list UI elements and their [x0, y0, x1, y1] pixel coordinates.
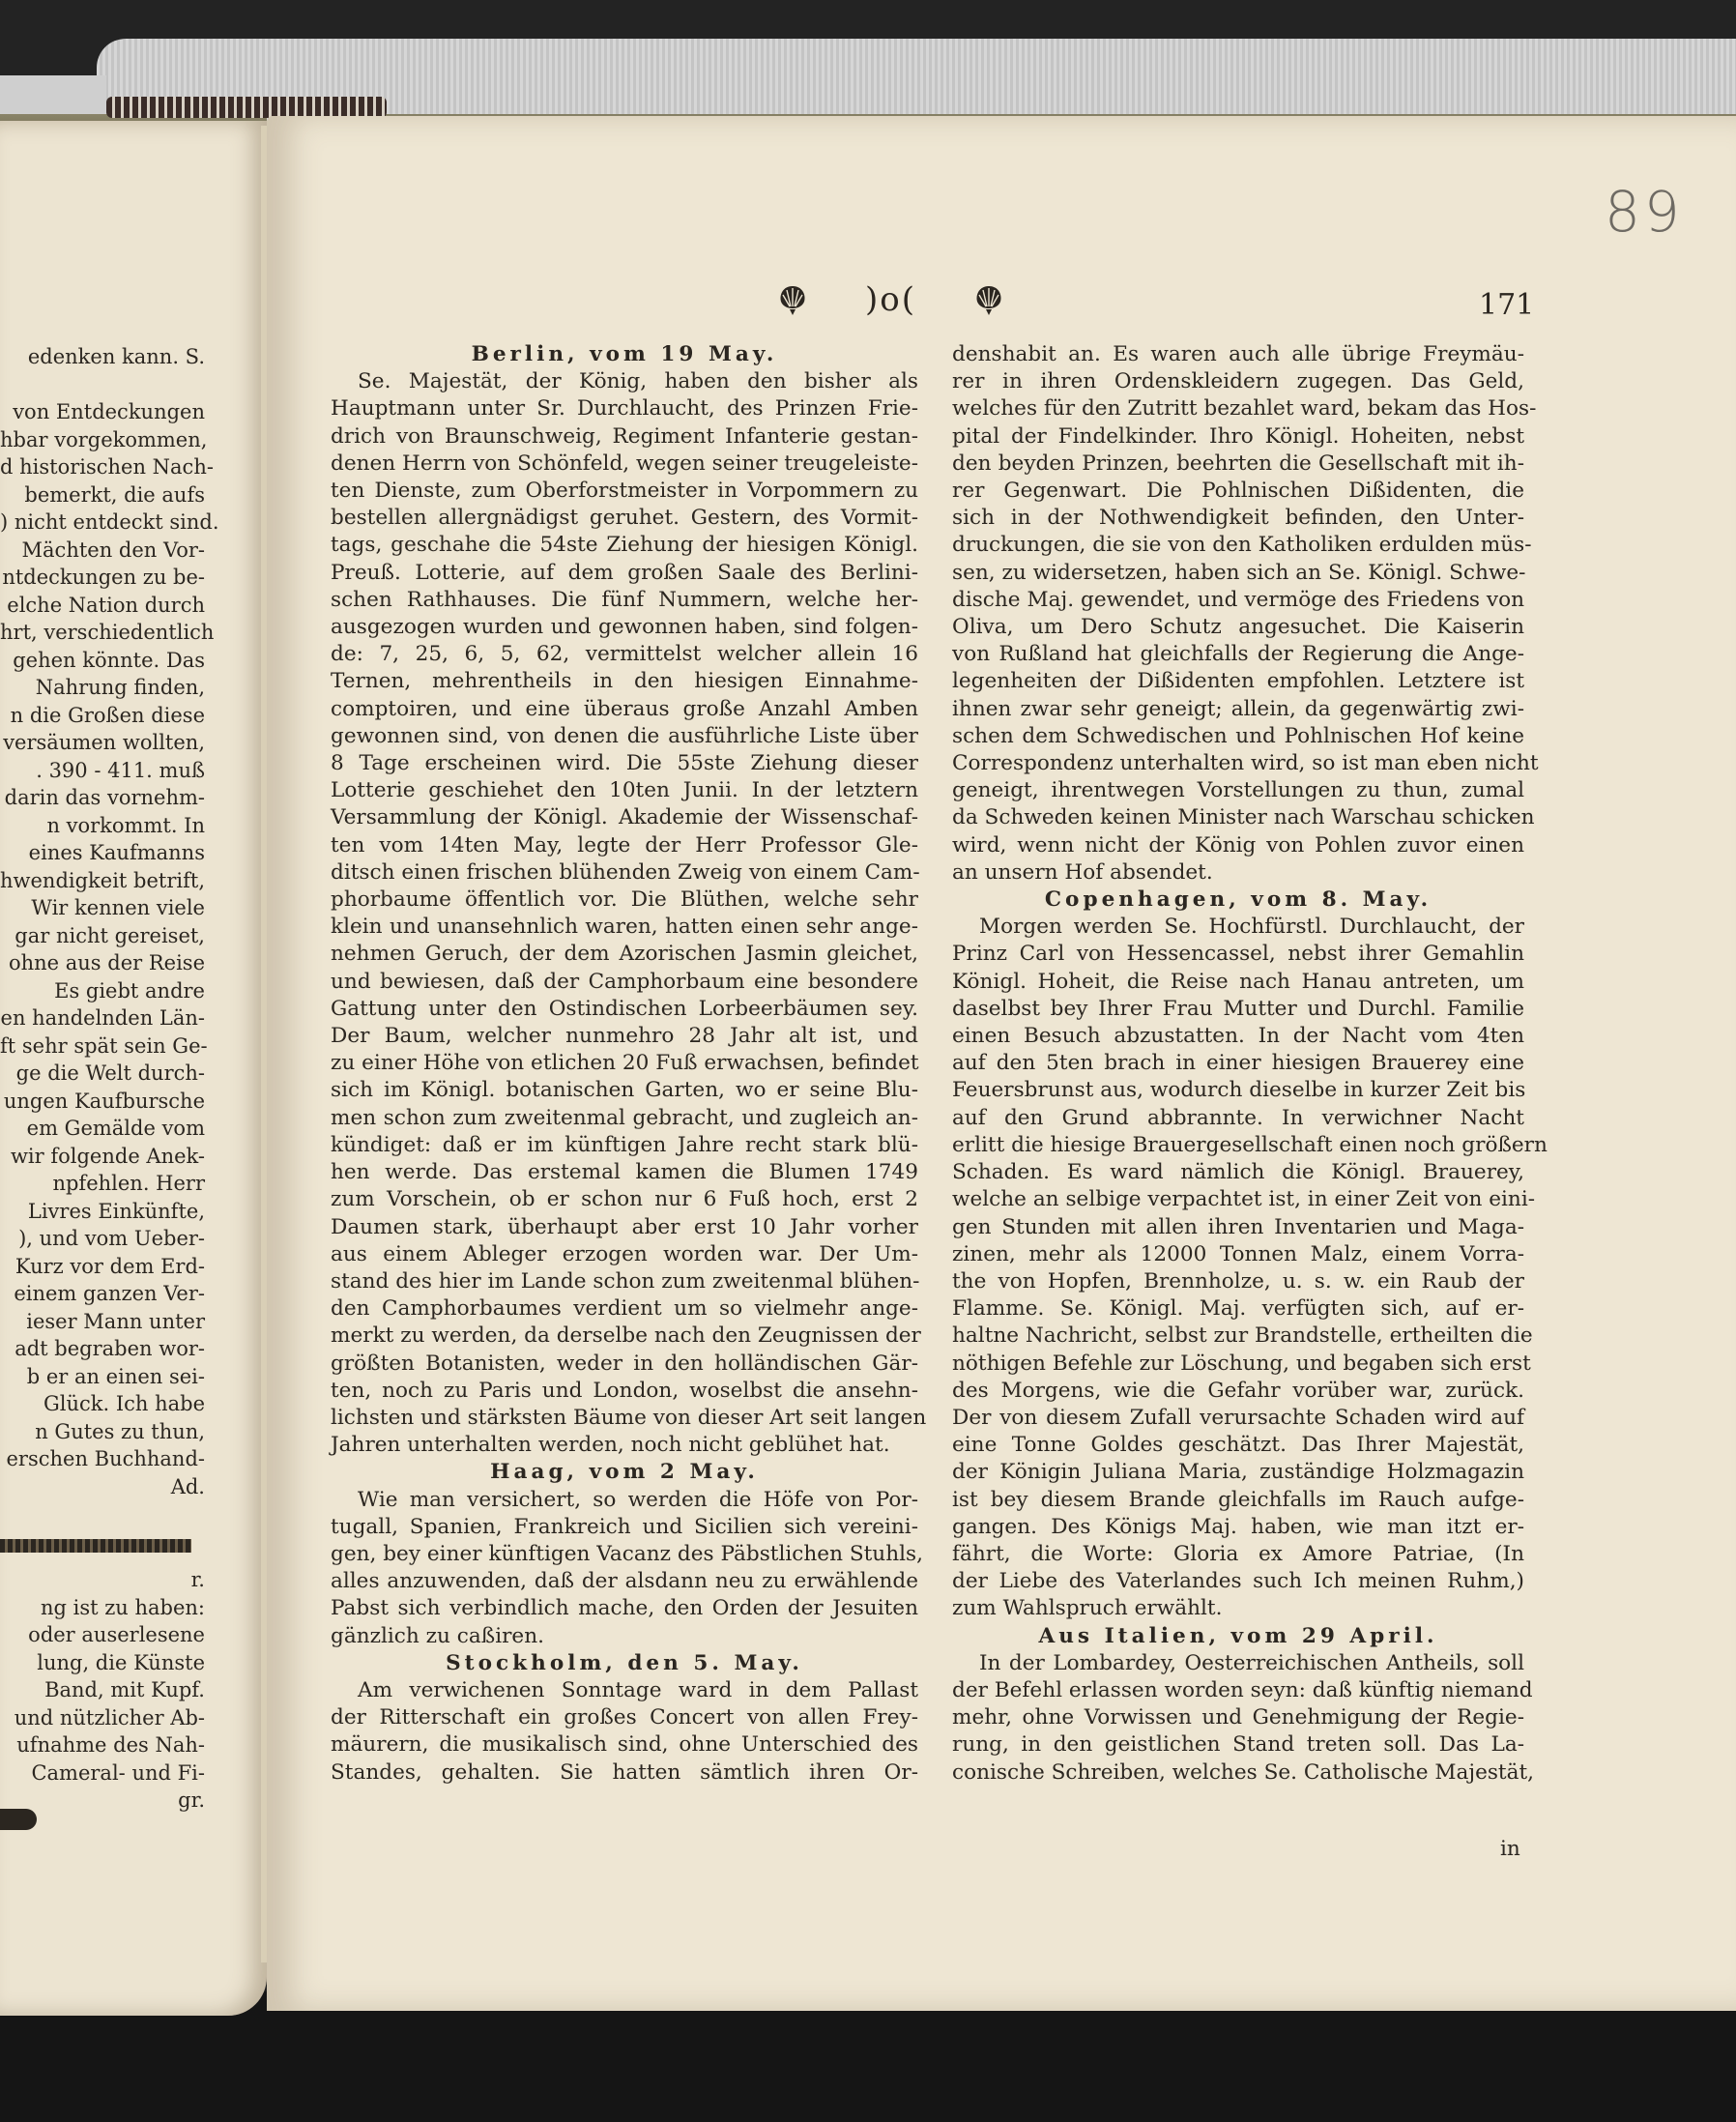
text-line: Versammlung der Königl. Akademie der Wis…	[331, 804, 918, 831]
dateline-heading: Stockholm, den 5. May.	[331, 1650, 918, 1677]
text-line: de: 7, 25, 6, 5, 62, vermittelst welcher…	[331, 641, 918, 668]
text-line: Schaden. Es ward nämlich die Königl. Bra…	[952, 1159, 1524, 1186]
text-line: aus einem Ableger erzogen worden war. De…	[331, 1241, 918, 1268]
text-line: Ternen, mehrentheils in den hiesigen Ein…	[331, 668, 918, 695]
text-line: Feuersbrunst aus, wodurch dieselbe in ku…	[952, 1077, 1524, 1104]
text-line: ten, noch zu Paris und London, woselbst …	[331, 1378, 918, 1405]
fragment-line: darin das vornehm-	[0, 784, 205, 812]
text-line: zum Wahlspruch erwählt.	[952, 1595, 1524, 1622]
fragment-line: hwendigkeit betrift,	[0, 867, 205, 895]
fragment-line: n vorkommt. In	[0, 812, 205, 840]
fragment-line: npfehlen. Herr	[0, 1170, 205, 1198]
text-line: gewonnen sind, von denen die ausführlich…	[331, 723, 918, 750]
fragment-line: r.	[0, 1566, 205, 1594]
text-line: In der Lombardey, Oesterreichischen Anth…	[952, 1650, 1524, 1677]
text-line: gen, bey einer künftigen Vacanz des Päbs…	[331, 1541, 918, 1568]
text-line: the von Hopfen, Brennholze, u. s. w. ein…	[952, 1268, 1524, 1295]
text-line: denen Herrn von Schönfeld, wegen seiner …	[331, 451, 918, 478]
fragment-line: ungen Kaufbursche	[0, 1088, 205, 1116]
text-line: Flamme. Se. Königl. Maj. verfügten sich,…	[952, 1295, 1524, 1323]
text-line: klein und unansehnlich waren, hatten ein…	[331, 914, 918, 941]
text-line: der Befehl erlassen worden seyn: daß kün…	[952, 1677, 1524, 1704]
text-line: men schon zum zweitenmal gebracht, und z…	[331, 1105, 918, 1132]
text-line: des Morgens, wie die Gefahr vorüber war,…	[952, 1378, 1524, 1405]
text-line: stand des hier im Lande schon zum zweite…	[331, 1268, 918, 1295]
fragment-line: ohne aus der Reise	[0, 949, 205, 977]
text-line: 8 Tage erscheinen wird. Die 55ste Ziehun…	[331, 750, 918, 777]
text-line: zinen, mehr als 12000 Tonnen Malz, einem…	[952, 1241, 1524, 1268]
fragment-line: versäumen wollten,	[0, 729, 205, 757]
shell-ornament-icon	[974, 283, 1003, 316]
text-line: legenheiten der Dißidenten empfohlen. Le…	[952, 668, 1524, 695]
book-gutter	[261, 126, 267, 1962]
text-line: Se. Majestät, der König, haben den bishe…	[331, 368, 918, 395]
text-line: ihnen zwar sehr geneigt; allein, da gege…	[952, 696, 1524, 723]
fragment-line: ft sehr spät sein Ge-	[0, 1032, 205, 1061]
text-line: geneigt, ihrentwegen Vorstellungen zu th…	[952, 777, 1524, 804]
text-line: Der Baum, welcher nunmehro 28 Jahr alt i…	[331, 1023, 918, 1050]
text-line: der Ritterschaft ein großes Concert von …	[331, 1704, 918, 1731]
fragment-line: em Gemälde vom	[0, 1115, 205, 1143]
text-line: alles anzuwenden, daß der alsdann neu zu…	[331, 1568, 918, 1595]
fragment-line: einem ganzen Ver-	[0, 1280, 205, 1308]
text-line: welches für den Zutritt bezahlet ward, b…	[952, 395, 1524, 422]
fragment-line: Band, mit Kupf.	[0, 1676, 205, 1704]
left-page-advertisement-fragment: r.ng ist zu haben:oder auserlesenelung, …	[0, 1566, 205, 1815]
text-line: Preuß. Lotterie, auf dem großen Saale de…	[331, 560, 918, 587]
text-line: da Schweden keinen Minister nach Warscha…	[952, 804, 1524, 831]
decorative-rule	[0, 1539, 191, 1553]
ornament-center-mark: )o(	[865, 280, 916, 319]
text-line: denshabit an. Es waren auch alle übrige …	[952, 341, 1524, 368]
text-line: größten Botanisten, weder in den holländ…	[331, 1351, 918, 1378]
dateline-heading: Copenhagen, vom 8. May.	[952, 887, 1524, 914]
fragment-line: eines Kaufmanns	[0, 839, 205, 867]
text-line: druckungen, die sie von den Katholiken e…	[952, 532, 1524, 559]
fragment-line: oder auserlesene	[0, 1621, 205, 1649]
text-line: zu einer Höhe von etlichen 20 Fuß erwach…	[331, 1050, 918, 1077]
text-line: phorbaume öffentlich vor. Die Blüthen, w…	[331, 887, 918, 914]
binding-stitching	[106, 97, 387, 118]
fragment-line: ufnahme des Nah-	[0, 1731, 205, 1759]
fragment-line: Mächten den Vor-	[0, 537, 205, 565]
text-line: den beyden Prinzen, beehrten die Gesells…	[952, 451, 1524, 478]
text-line: erlitt die hiesige Brauergesellschaft ei…	[952, 1132, 1524, 1159]
dateline-heading: Berlin, vom 19 May.	[331, 341, 918, 368]
text-line: gen Stunden mit allen ihren Inventarien …	[952, 1214, 1524, 1241]
text-line: Am verwichenen Sonntage ward in dem Pall…	[331, 1677, 918, 1704]
fragment-line: Glück. Ich habe	[0, 1390, 205, 1418]
fragment-line: edenken kann. S.	[0, 343, 205, 371]
text-line: wird, wenn nicht der König von Pohlen zu…	[952, 832, 1524, 859]
fragment-line: ), und vom Ueber-	[0, 1225, 205, 1253]
page-number: 171	[1479, 288, 1534, 322]
text-line: auf den Grund abbrannte. In verwichner N…	[952, 1105, 1524, 1132]
fragment-line: en handelnden Län-	[0, 1004, 205, 1032]
text-line: Königl. Hoheit, die Reise nach Hanau ant…	[952, 969, 1524, 996]
fragment-line: elche Nation durch	[0, 592, 205, 620]
fragment-line: lung, die Künste	[0, 1649, 205, 1677]
fragment-line: hbar vorgekommen,	[0, 426, 205, 454]
text-column-left: Berlin, vom 19 May.Se. Majestät, der Kön…	[331, 341, 918, 1787]
text-line: nehmen Geruch, der dem Azorischen Jasmin…	[331, 941, 918, 968]
text-line: nöthigen Befehle zur Löschung, und begab…	[952, 1351, 1524, 1378]
fragment-line: ) nicht entdeckt sind.	[0, 509, 205, 537]
text-line: fährt, die Worte: Gloria ex Amore Patria…	[952, 1541, 1524, 1568]
fragment-line: Es giebt andre	[0, 977, 205, 1005]
text-line: Hauptmann unter Sr. Durchlaucht, des Pri…	[331, 395, 918, 422]
text-line: haltne Nachricht, selbst zur Brandstelle…	[952, 1323, 1524, 1350]
text-line: merkt zu werden, da derselbe nach den Ze…	[331, 1323, 918, 1350]
fragment-line	[0, 371, 205, 399]
text-line: ausgezogen wurden und gewonnen haben, si…	[331, 614, 918, 641]
fragment-line: Wir kennen viele	[0, 894, 205, 922]
fragment-line: und nützlicher Ab-	[0, 1704, 205, 1732]
text-line: an unsern Hof absendet.	[952, 859, 1524, 887]
text-line: Morgen werden Se. Hochfürstl. Durchlauch…	[952, 914, 1524, 941]
fragment-line: ieser Mann unter	[0, 1308, 205, 1336]
text-line: und bewiesen, daß der Camphorbaum eine b…	[331, 969, 918, 996]
shell-ornament-icon	[778, 283, 807, 316]
fragment-line: b er an einen sei-	[0, 1363, 205, 1391]
text-line: tags, geschahe die 54ste Ziehung der hie…	[331, 532, 918, 559]
text-line: dische Maj. gewendet, und vermöge des Fr…	[952, 587, 1524, 614]
fragment-line: ntdeckungen zu be-	[0, 564, 205, 592]
text-line: von Rußland hat gleichfalls der Regierun…	[952, 641, 1524, 668]
fragment-line: wir folgende Anek-	[0, 1143, 205, 1171]
text-line: tugall, Spanien, Frankreich und Sicilien…	[331, 1514, 918, 1541]
text-line: gangen. Des Königs Maj. haben, wie man i…	[952, 1514, 1524, 1541]
fragment-line: n Gutes zu thun,	[0, 1418, 205, 1446]
fragment-line: ge die Welt durch-	[0, 1060, 205, 1088]
text-line: einen Besuch abzustatten. In der Nacht v…	[952, 1023, 1524, 1050]
text-line: Gattung unter den Ostindischen Lorbeerbä…	[331, 996, 918, 1023]
book-binding-cloth-left	[0, 75, 106, 119]
text-line: welche an selbige verpachtet ist, in ein…	[952, 1186, 1524, 1213]
fragment-line: erschen Buchhand-	[0, 1445, 205, 1473]
text-line: Wie man versichert, so werden die Höfe v…	[331, 1487, 918, 1514]
text-line: Lotterie geschiehet den 10ten Junii. In …	[331, 777, 918, 804]
fragment-line: von Entdeckungen	[0, 398, 205, 426]
fragment-line: Cameral- und Fi-	[0, 1759, 205, 1788]
text-line: den Camphorbaumes verdient um so vielmeh…	[331, 1295, 918, 1323]
text-line: Prinz Carl von Hessencassel, nebst ihrer…	[952, 941, 1524, 968]
fragment-line: bemerkt, die aufs	[0, 481, 205, 509]
text-line: schen Rathhauses. Die fünf Nummern, welc…	[331, 587, 918, 614]
text-line: ten vom 14ten May, legte der Herr Profes…	[331, 832, 918, 859]
text-line: hen werde. Das erstemal kamen die Blumen…	[331, 1159, 918, 1186]
text-line: Der von diesem Zufall verursachte Schade…	[952, 1405, 1524, 1432]
text-line: eine Tonne Goldes geschätzt. Das Ihrer M…	[952, 1432, 1524, 1459]
decorative-tailpiece	[0, 1809, 37, 1830]
text-line: drich von Braunschweig, Regiment Infante…	[331, 423, 918, 451]
fragment-line: ng ist zu haben:	[0, 1594, 205, 1622]
text-line: pital der Findelkinder. Ihro Königl. Hoh…	[952, 423, 1524, 451]
text-line: rer in ihren Ordenskleidern zugegen. Das…	[952, 368, 1524, 395]
fragment-line: adt begraben wor-	[0, 1335, 205, 1363]
fragment-line: hrt, verschiedentlich	[0, 619, 205, 647]
text-line: lichsten und stärksten Bäume von dieser …	[331, 1405, 918, 1432]
text-line: mehr, ohne Vorwissen und Genehmigung der…	[952, 1704, 1524, 1731]
fragment-line: d historischen Nach-	[0, 453, 205, 481]
text-line: sen, zu widersetzen, haben sich an Se. K…	[952, 560, 1524, 587]
text-line: Daumen stark, überhaupt aber erst 10 Jah…	[331, 1214, 918, 1241]
fragment-line: gehen könnte. Das	[0, 647, 205, 675]
text-line: sich im Königl. botanischen Garten, wo e…	[331, 1077, 918, 1104]
header-ornament: )o(	[778, 280, 1003, 319]
text-line: kündiget: daß er im künftigen Jahre rech…	[331, 1132, 918, 1159]
fragment-line: Ad.	[0, 1473, 205, 1501]
text-line: ten Dienste, zum Oberforstmeister in Vor…	[331, 478, 918, 505]
text-line: gänzlich zu caßiren.	[331, 1623, 918, 1650]
fragment-line: . 390 - 411. muß	[0, 757, 205, 785]
text-line: rung, in den geistlichen Stand treten so…	[952, 1731, 1524, 1759]
dateline-heading: Haag, vom 2 May.	[331, 1459, 918, 1486]
text-line: ist bey diesem Brande gleichfalls im Rau…	[952, 1487, 1524, 1514]
fragment-line: Kurz vor dem Erd-	[0, 1253, 205, 1281]
text-line: der Liebe des Vaterlandes such Ich meine…	[952, 1568, 1524, 1595]
left-page-text-fragment: edenken kann. S.von Entdeckungenhbar vor…	[0, 343, 205, 1500]
dark-background-bottom	[0, 1991, 1736, 2122]
text-line: comptoiren, und eine überaus große Anzah…	[331, 696, 918, 723]
text-line: zum Vorschein, ob er schon nur 6 Fuß hoc…	[331, 1186, 918, 1213]
text-line: Standes, gehalten. Sie hatten sämtlich i…	[331, 1759, 918, 1787]
text-line: ditsch einen frischen blühenden Zweig vo…	[331, 859, 918, 887]
text-line: mäurern, die musikalisch sind, ohne Unte…	[331, 1731, 918, 1759]
pencil-folio-number: 89	[1605, 179, 1684, 245]
text-line: auf den 5ten brach in einer hiesigen Bra…	[952, 1050, 1524, 1077]
text-line: Pabst sich verbindlich mache, den Orden …	[331, 1595, 918, 1622]
text-line: der Königin Juliana Maria, zuständige Ho…	[952, 1459, 1524, 1486]
text-line: daselbst bey Ihrer Frau Mutter und Durch…	[952, 996, 1524, 1023]
text-line: bestellen allergnädigst geruhet. Gestern…	[331, 505, 918, 532]
fragment-line: gar nicht gereiset,	[0, 922, 205, 950]
fragment-line: Livres Einkünfte,	[0, 1198, 205, 1226]
text-line: Jahren unterhalten werden, noch nicht ge…	[331, 1432, 918, 1459]
fragment-line: n die Großen diese	[0, 702, 205, 730]
dateline-heading: Aus Italien, vom 29 April.	[952, 1623, 1524, 1650]
fragment-line: Nahrung finden,	[0, 674, 205, 702]
text-line: schen dem Schwedischen und Pohlnischen H…	[952, 723, 1524, 750]
text-line: rer Gegenwart. Die Pohlnischen Dißidente…	[952, 478, 1524, 505]
text-line: Oliva, um Dero Schutz angesuchet. Die Ka…	[952, 614, 1524, 641]
text-line: Correspondenz unterhalten wird, so ist m…	[952, 750, 1524, 777]
text-line: conische Schreiben, welches Se. Catholis…	[952, 1759, 1524, 1787]
text-column-right: denshabit an. Es waren auch alle übrige …	[952, 341, 1524, 1787]
catchword: in	[1500, 1837, 1520, 1861]
text-line: sich in der Nothwendigkeit befinden, den…	[952, 505, 1524, 532]
